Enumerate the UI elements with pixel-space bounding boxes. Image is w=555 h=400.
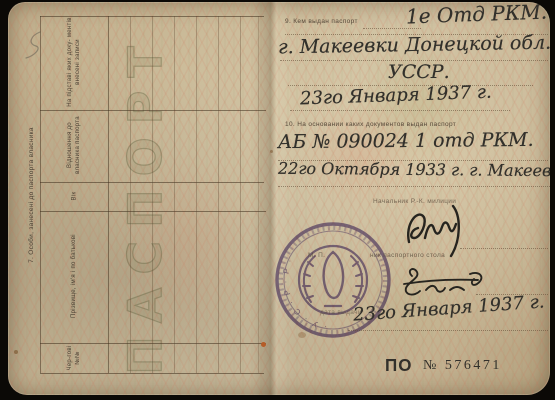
- passport-watermark: ПАСПОРТ: [120, 19, 170, 389]
- foxing-spot: [298, 332, 306, 338]
- field9-handwriting-2: г. Макеевки Донецкой обл.: [278, 32, 550, 59]
- dotted-rule: [348, 329, 548, 331]
- table-row-line: [174, 16, 175, 373]
- table-row-line: [240, 16, 241, 373]
- table-title: 7. Особи, занесені до паспорта власника: [25, 15, 39, 375]
- passport-spread: ПАСПОРТ 7. Особи, занесені д: [8, 2, 550, 395]
- foxing-spot: [14, 350, 18, 354]
- photo-background: ПАСПОРТ 7. Особи, занесені д: [0, 0, 555, 400]
- seal-ring-text: · У · С · Р · Р ·: [281, 256, 328, 332]
- dotted-rule: [290, 109, 510, 111]
- table-row-line: [152, 16, 153, 373]
- field9-handwriting-3: УССР.: [388, 61, 450, 83]
- foxing-spot: [270, 150, 273, 153]
- table-line: [40, 373, 264, 374]
- table-line: [40, 16, 41, 373]
- table-row-line: [130, 16, 131, 373]
- field9-label: 9. Кем выдан паспорт: [285, 18, 358, 25]
- serial-number: № 576471: [423, 358, 502, 374]
- dotted-rule: [278, 185, 550, 187]
- dotted-rule: [460, 247, 548, 249]
- official-seal: · У · С · Р · Р ·: [271, 218, 395, 347]
- column-header-relation: Відношення до власника паспорта: [43, 110, 105, 180]
- stain: [298, 102, 418, 212]
- column-header-age: Вік: [46, 183, 104, 210]
- field10-label: 10. На основании каких документов выдан …: [285, 121, 456, 128]
- table-row-line: [196, 16, 197, 373]
- table-row-line: [218, 16, 219, 373]
- table-line: [108, 16, 109, 373]
- column-header-name: Прізвище, ім'я і по батькові: [44, 211, 104, 341]
- field10-handwriting-1: АБ № 090024 1 отд РКМ.: [278, 129, 534, 153]
- serial-prefix: ПО: [385, 356, 412, 377]
- seal-emblem: [303, 252, 363, 306]
- column-header-number: Чер-гові №№: [45, 344, 103, 372]
- chief-signature: [401, 202, 473, 258]
- field9-handwriting-1: 1е Отд РКМ.: [406, 2, 548, 28]
- passport-desk-label: ник паспортного стола: [370, 252, 445, 259]
- seal-place-label: М. П.: [308, 252, 325, 259]
- foxing-spot: [261, 342, 266, 347]
- field10-handwriting-2: 22го Октября 1933 г. г. Макеевка: [278, 159, 550, 181]
- column-header-documents: На підставі яких доку- ментів внесені за…: [42, 16, 106, 108]
